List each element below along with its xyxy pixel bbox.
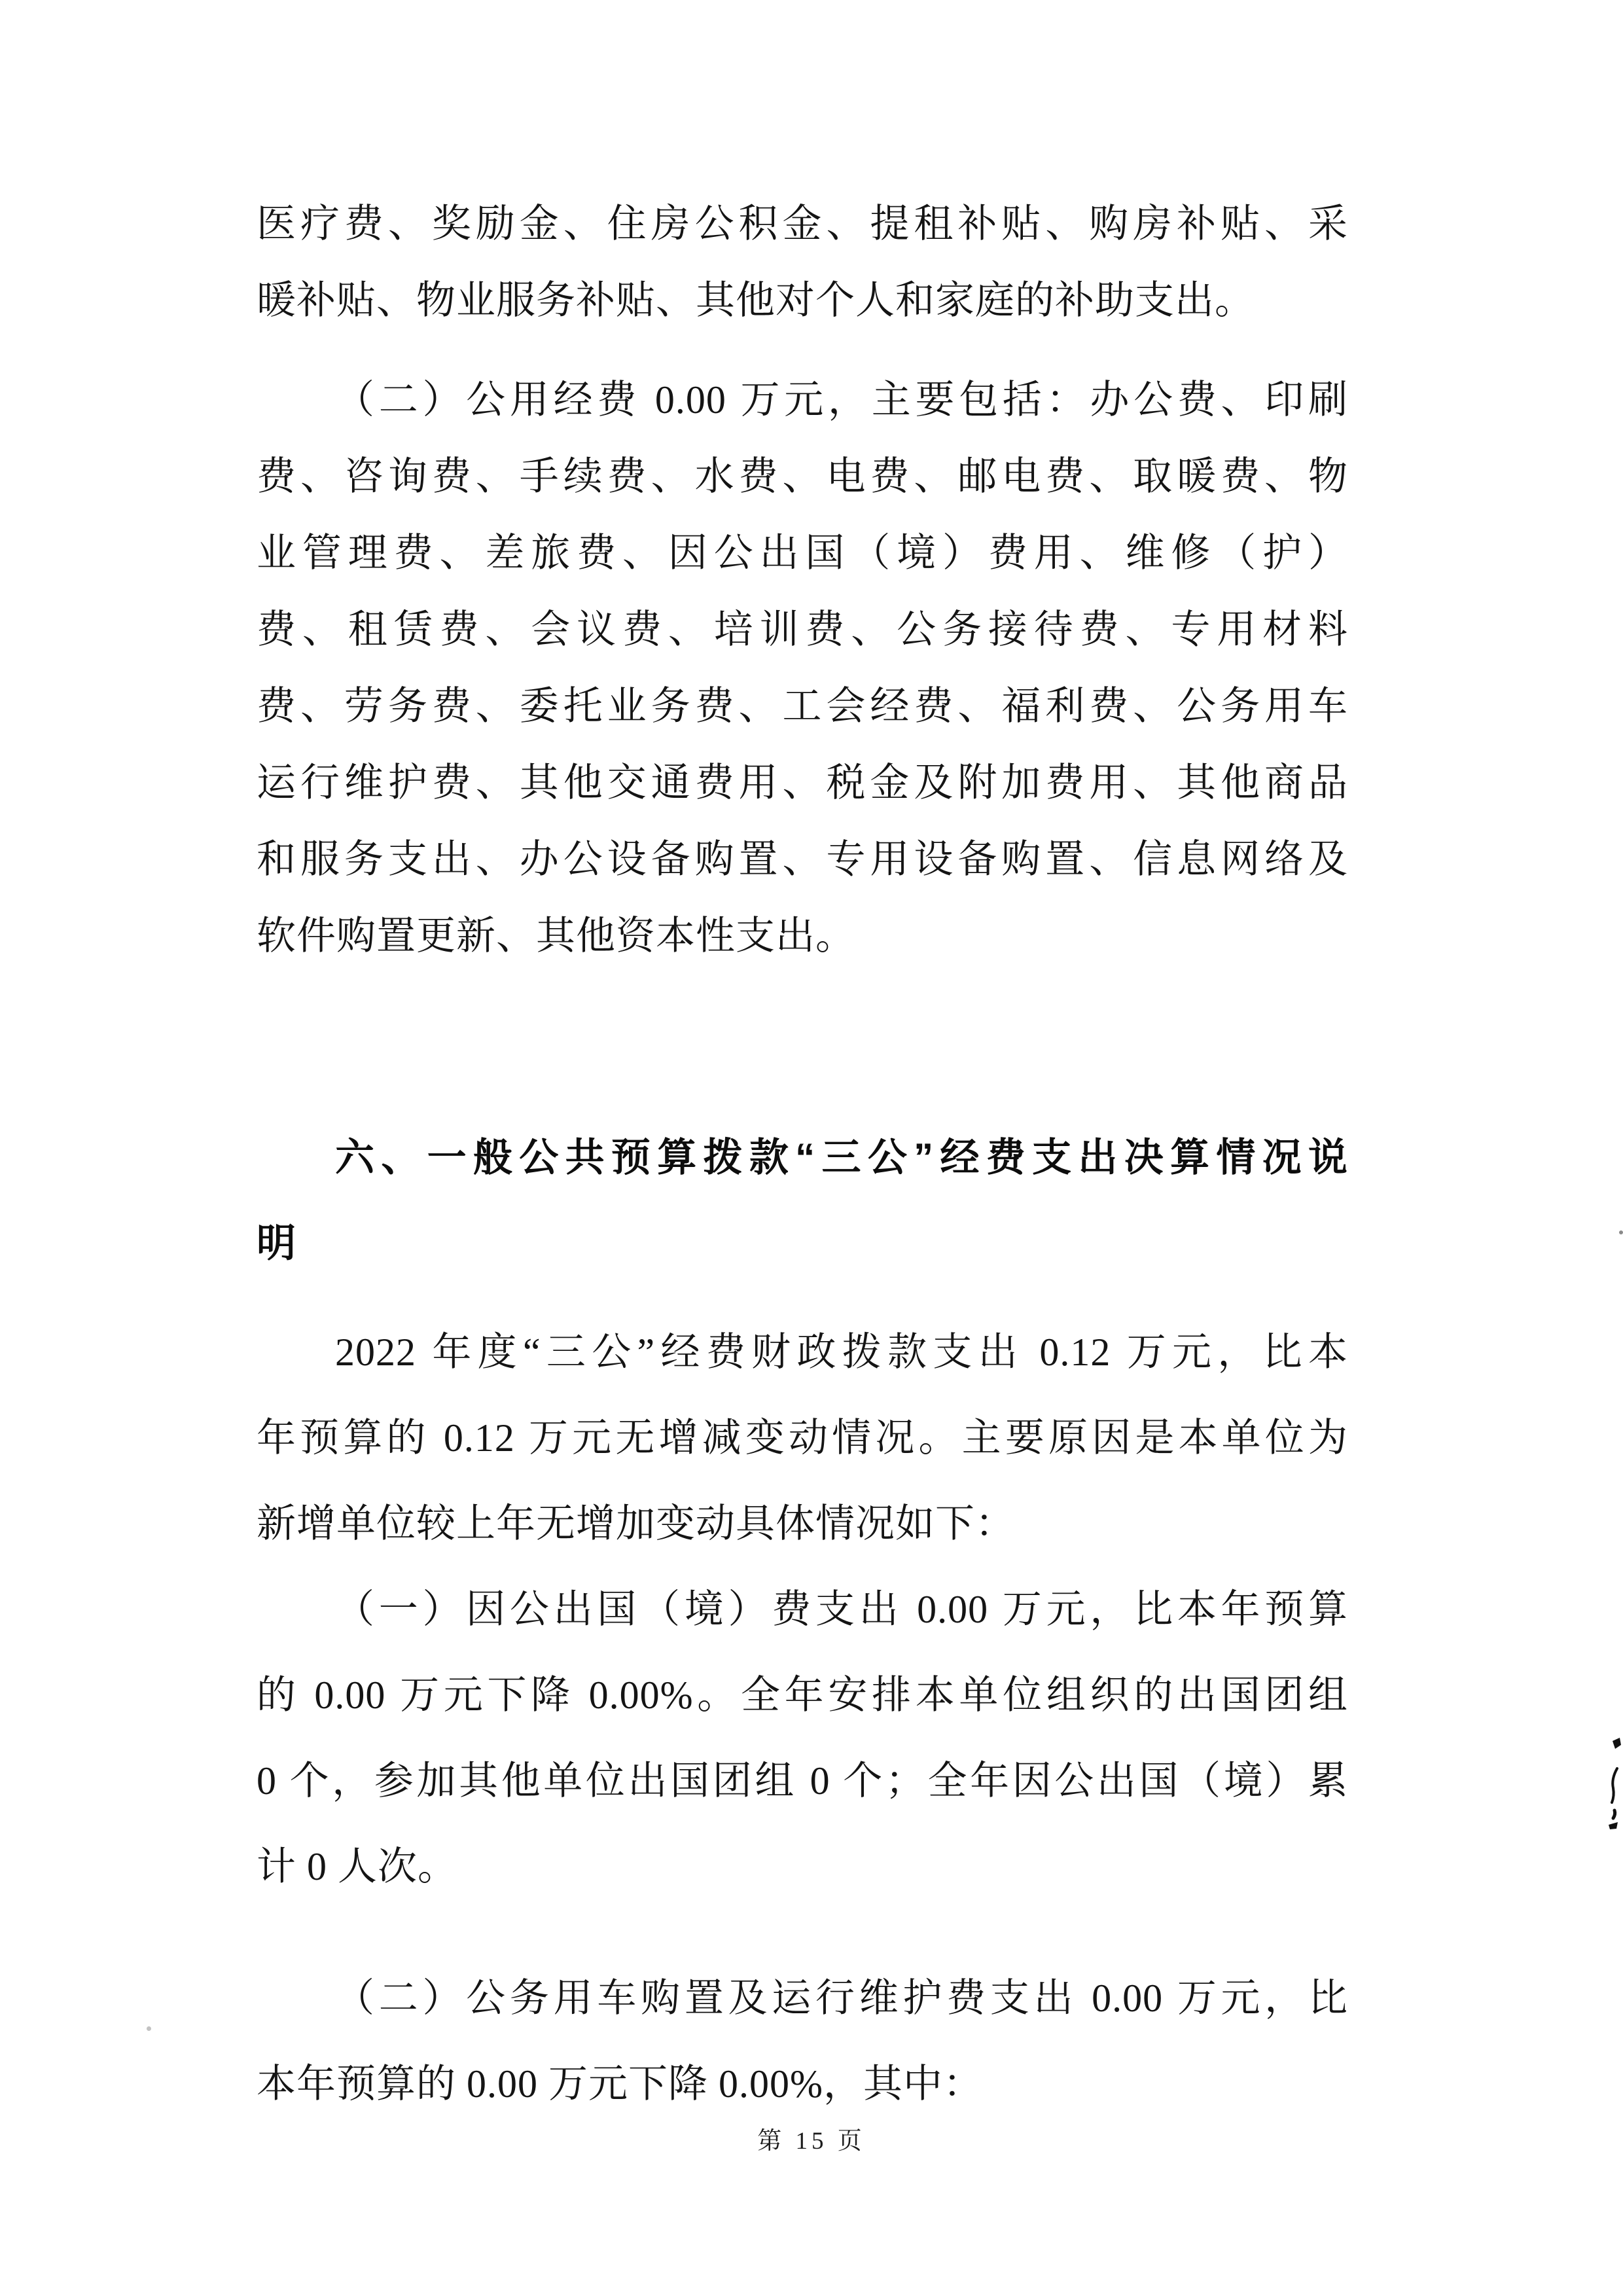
scan-artifact-dot: [147, 2026, 151, 2031]
text-line: 暖补贴、物业服务补贴、其他对个人和家庭的补助支出。: [257, 262, 1348, 339]
document-page: 医疗费、奖励金、住房公积金、提租补贴、购房补贴、采 暖补贴、物业服务补贴、其他对…: [0, 0, 1623, 2296]
scan-artifact-dot: [1619, 1230, 1623, 1234]
text-line: 年预算的 0.12 万元无增减变动情况。主要原因是本单位为: [257, 1395, 1348, 1481]
text-line: （二）公务用车购置及运行维护费支出 0.00 万元，比: [257, 1956, 1348, 2041]
section-heading-three-public-funds: 六、一般公共预算拨款“三公”经费支出决算情况说 明: [257, 1115, 1348, 1286]
text-line: 新增单位较上年无增加变动具体情况如下：: [257, 1481, 1348, 1567]
page-number: 第 15 页: [0, 2126, 1623, 2157]
text-line: 2022 年度“三公”经费财政拨款支出 0.12 万元，比本: [257, 1310, 1348, 1395]
page-body: 医疗费、奖励金、住房公积金、提租补贴、购房补贴、采 暖补贴、物业服务补贴、其他对…: [257, 186, 1348, 2127]
text-line: 的 0.00 万元下降 0.00%。全年安排本单位组织的出国团组: [257, 1653, 1348, 1738]
text-line: 0 个，参加其他单位出国团组 0 个；全年因公出国（境）累: [257, 1738, 1348, 1824]
heading-line: 六、一般公共预算拨款“三公”经费支出决算情况说: [257, 1115, 1348, 1200]
heading-line: 明: [257, 1200, 1348, 1286]
text-line: 费、劳务费、委托业务费、工会经费、福利费、公务用车: [257, 668, 1348, 745]
paragraph-official-vehicle-expense: （二）公务用车购置及运行维护费支出 0.00 万元，比 本年预算的 0.00 万…: [257, 1956, 1348, 2127]
text-line: 计 0 人次。: [257, 1824, 1348, 1910]
text-line: 费、咨询费、手续费、水费、电费、邮电费、取暖费、物: [257, 439, 1348, 515]
text-line: 运行维护费、其他交通费用、税金及附加费用、其他商品: [257, 745, 1348, 821]
paragraph-public-operating-expenses: （二）公用经费 0.00 万元，主要包括：办公费、印刷 费、咨询费、手续费、水费…: [257, 362, 1348, 975]
paragraph-personal-family-subsidies: 医疗费、奖励金、住房公积金、提租补贴、购房补贴、采 暖补贴、物业服务补贴、其他对…: [257, 186, 1348, 339]
text-line: 业管理费、差旅费、因公出国（境）费用、维修（护）: [257, 515, 1348, 592]
text-line: 费、租赁费、会议费、培训费、公务接待费、专用材料: [257, 592, 1348, 668]
text-line: 本年预算的 0.00 万元下降 0.00%，其中：: [257, 2041, 1348, 2127]
text-line: 和服务支出、办公设备购置、专用设备购置、信息网络及: [257, 821, 1348, 898]
text-line: （一）因公出国（境）费支出 0.00 万元，比本年预算: [257, 1567, 1348, 1653]
paragraph-overseas-travel-expense: （一）因公出国（境）费支出 0.00 万元，比本年预算 的 0.00 万元下降 …: [257, 1567, 1348, 1910]
paragraph-three-public-overview: 2022 年度“三公”经费财政拨款支出 0.12 万元，比本 年预算的 0.12…: [257, 1310, 1348, 1567]
text-line: 医疗费、奖励金、住房公积金、提租补贴、购房补贴、采: [257, 186, 1348, 262]
text-line: 软件购置更新、其他资本性支出。: [257, 898, 1348, 975]
text-line: （二）公用经费 0.00 万元，主要包括：办公费、印刷: [257, 362, 1348, 439]
scan-artifact-edge-marks: [1606, 1734, 1623, 1833]
